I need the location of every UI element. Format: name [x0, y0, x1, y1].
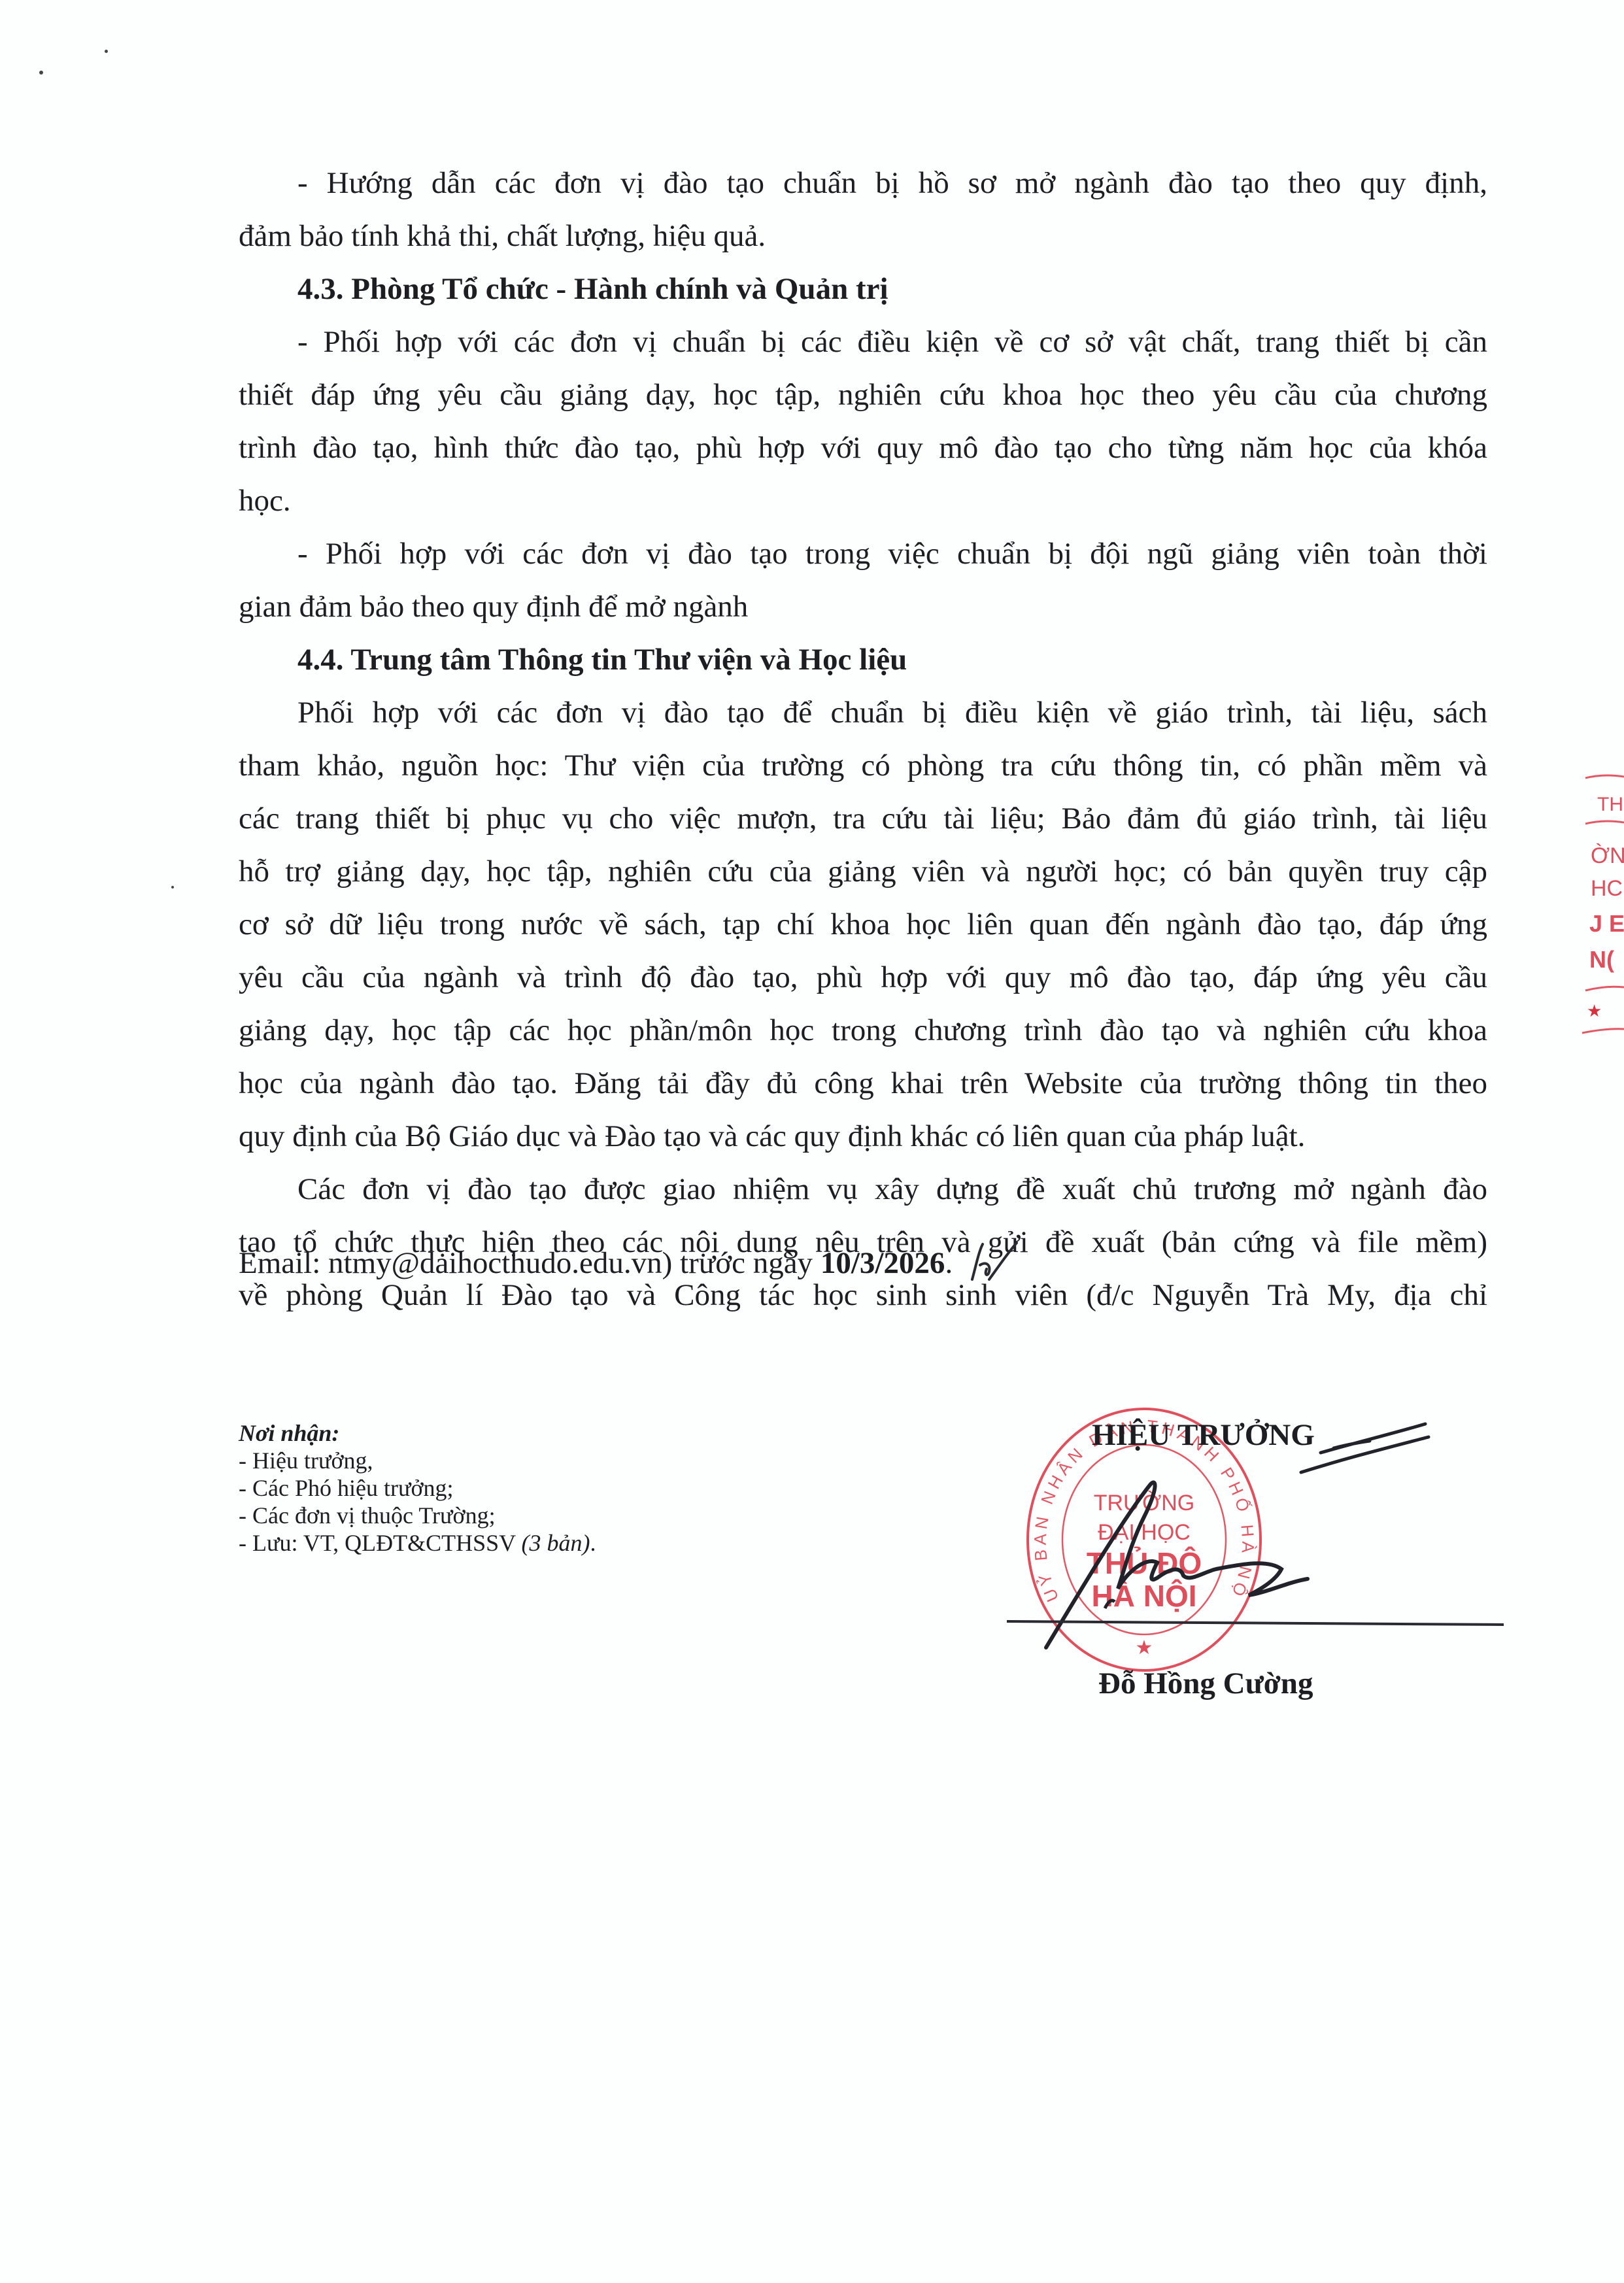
body-line: - Hướng dẫn các đơn vị đào tạo chuẩn bị …	[297, 163, 1487, 203]
recipients-title: Nơi nhận:	[239, 1419, 339, 1447]
body-line: trình đào tạo, hình thức đào tạo, phù hợ…	[239, 428, 1487, 467]
partial-seal-edge-icon: TH ỜN HC J E N( ★	[1579, 765, 1624, 1040]
svg-text:ỜN: ỜN	[1591, 843, 1624, 868]
scan-speck	[171, 886, 174, 888]
email-text: Email: ntmy@daihocthudo.edu.vn) trước ng…	[239, 1246, 820, 1280]
svg-text:★: ★	[1587, 1002, 1602, 1021]
deadline-date: 10/3/2026	[820, 1246, 945, 1280]
body-line: tham khảo, nguồn học: Thư viện của trườn…	[239, 746, 1487, 785]
body-line: đảm bảo tính khả thi, chất lượng, hiệu q…	[239, 216, 1487, 256]
recipient-item-archive: - Lưu: VT, QLĐT&CTHSSV (3 bản).	[239, 1529, 596, 1557]
body-line: Phối hợp với các đơn vị đào tạo để chuẩn…	[297, 693, 1487, 732]
body-line: các trang thiết bị phục vụ cho việc mượn…	[239, 799, 1487, 838]
section-heading: 4.3. Phòng Tổ chức - Hành chính và Quản …	[297, 269, 1546, 309]
svg-text:HC: HC	[1591, 876, 1623, 901]
initials-mark-icon	[960, 1239, 1019, 1285]
svg-text:TH: TH	[1597, 794, 1623, 815]
body-line: yêu cầu của ngành và trình độ đào tạo, p…	[239, 958, 1487, 997]
signer-name: Đỗ Hồng Cường	[1098, 1664, 1313, 1703]
body-line: quy định của Bộ Giáo dục và Đào tạo và c…	[239, 1117, 1487, 1156]
body-line: học của ngành đào tạo. Đăng tải đầy đủ c…	[239, 1064, 1487, 1103]
body-line: gian đảm bảo theo quy định để mở ngành	[239, 587, 1487, 626]
body-line: - Phối hợp với các đơn vị chuẩn bị các đ…	[297, 322, 1487, 362]
body-line: thiết đáp ứng yêu cầu giảng dạy, học tập…	[239, 375, 1487, 414]
deadline-line: Email: ntmy@daihocthudo.edu.vn) trước ng…	[239, 1239, 1487, 1285]
handwritten-signature-icon	[994, 1412, 1517, 1661]
body-line: - Phối hợp với các đơn vị đào tạo trong …	[297, 534, 1487, 573]
recipient-item: - Các đơn vị thuộc Trường;	[239, 1501, 496, 1530]
body-line: hỗ trợ giảng dạy, học tập, nghiên cứu củ…	[239, 852, 1487, 891]
recipient-item: - Hiệu trưởng,	[239, 1446, 373, 1475]
body-line: học.	[239, 481, 1487, 520]
section-heading: 4.4. Trung tâm Thông tin Thư viện và Học…	[297, 640, 1546, 679]
recipient-item: - Các Phó hiệu trưởng;	[239, 1474, 454, 1502]
scan-speck	[39, 71, 43, 75]
svg-text:J E: J E	[1589, 910, 1624, 937]
body-line: giảng dạy, học tập các học phần/môn học …	[239, 1011, 1487, 1050]
body-line: Các đơn vị đào tạo được giao nhiệm vụ xâ…	[297, 1170, 1487, 1209]
svg-text:N(: N(	[1589, 946, 1614, 973]
body-line: cơ sở dữ liệu trong nước về sách, tạp ch…	[239, 905, 1487, 944]
scan-speck	[105, 50, 108, 53]
